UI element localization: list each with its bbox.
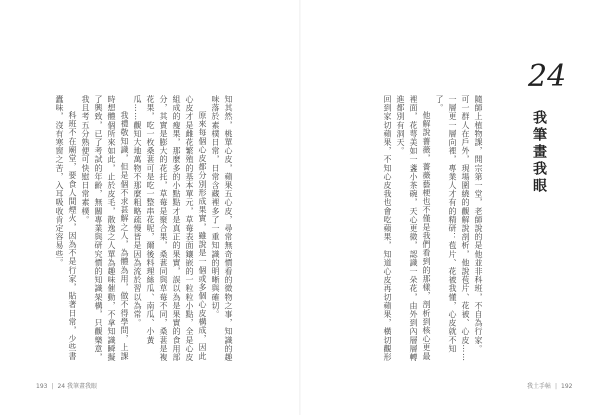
paragraph: 知其然，桃單心皮，蘋果五心皮，尋常無奇慣看的微物之事，知識的趣味落於素樸日常，日… bbox=[209, 95, 235, 365]
page-number: 193 bbox=[36, 383, 47, 390]
left-page-body: 知其然，桃單心皮，蘋果五心皮，尋常無奇慣看的微物之事，知識的趣味落於素樸日常，日… bbox=[30, 95, 235, 365]
paragraph: 可一群人在戶外，現場圍繞的觀解說剖析，他說苞片、花被、心皮……一層更一層向裡，專… bbox=[433, 95, 472, 365]
paragraph: 回到家切蘋果，不知心皮我也會吃蘋果，知道心皮再切蘋果，橫切觀形 bbox=[381, 95, 394, 365]
paragraph: 隨師上植物課，開宗第一堂，老師說的是他並非科班，不自為行家。 bbox=[472, 95, 485, 365]
paragraph: 科班不在廟堂，要食人間煙火，因為不是行家，貼著日常，少些書蠹味，沒有寒窗之苦，入… bbox=[53, 95, 79, 365]
page-number: 192 bbox=[561, 383, 572, 390]
footer-chapter-title: 我筆畫我眼 bbox=[67, 383, 97, 390]
paragraph: 原來每個心皮都分別形成果實，雖說是一個或多個心皮構成，因此心皮才是雌花繁殖的基本… bbox=[131, 95, 209, 365]
page-gutter bbox=[299, 0, 301, 415]
footer-separator: | bbox=[555, 383, 557, 390]
footer-book-title: 我土手帖 bbox=[527, 383, 551, 390]
footer-separator: | bbox=[51, 383, 53, 390]
chapter-title: 我筆畫我眼 bbox=[529, 110, 549, 195]
footer-chapter-number: 24 bbox=[57, 383, 65, 390]
chapter-number: 24 bbox=[528, 62, 566, 92]
right-page-footer: 我土手帖|192 bbox=[527, 381, 573, 390]
paragraph: 我禮敬知識，但是個不求甚解之人，為體為用，做不得學問，上課時想體個所來如此，止於… bbox=[79, 95, 131, 365]
right-page-body: 隨師上植物課，開宗第一堂，老師說的是他並非科班，不自為行家。 可一群人在戶外，現… bbox=[365, 95, 485, 365]
book-spread: 24 我筆畫我眼 隨師上植物課，開宗第一堂，老師說的是他並非科班，不自為行家。 … bbox=[0, 0, 600, 415]
paragraph: 他解說薔薇，薔薇藝梗也不僅是我們看到的那樣，剖析到核心更最裡面，花萼美如一盞小茶… bbox=[394, 95, 433, 365]
left-page-footer: 193|24 我筆畫我眼 bbox=[36, 381, 97, 390]
